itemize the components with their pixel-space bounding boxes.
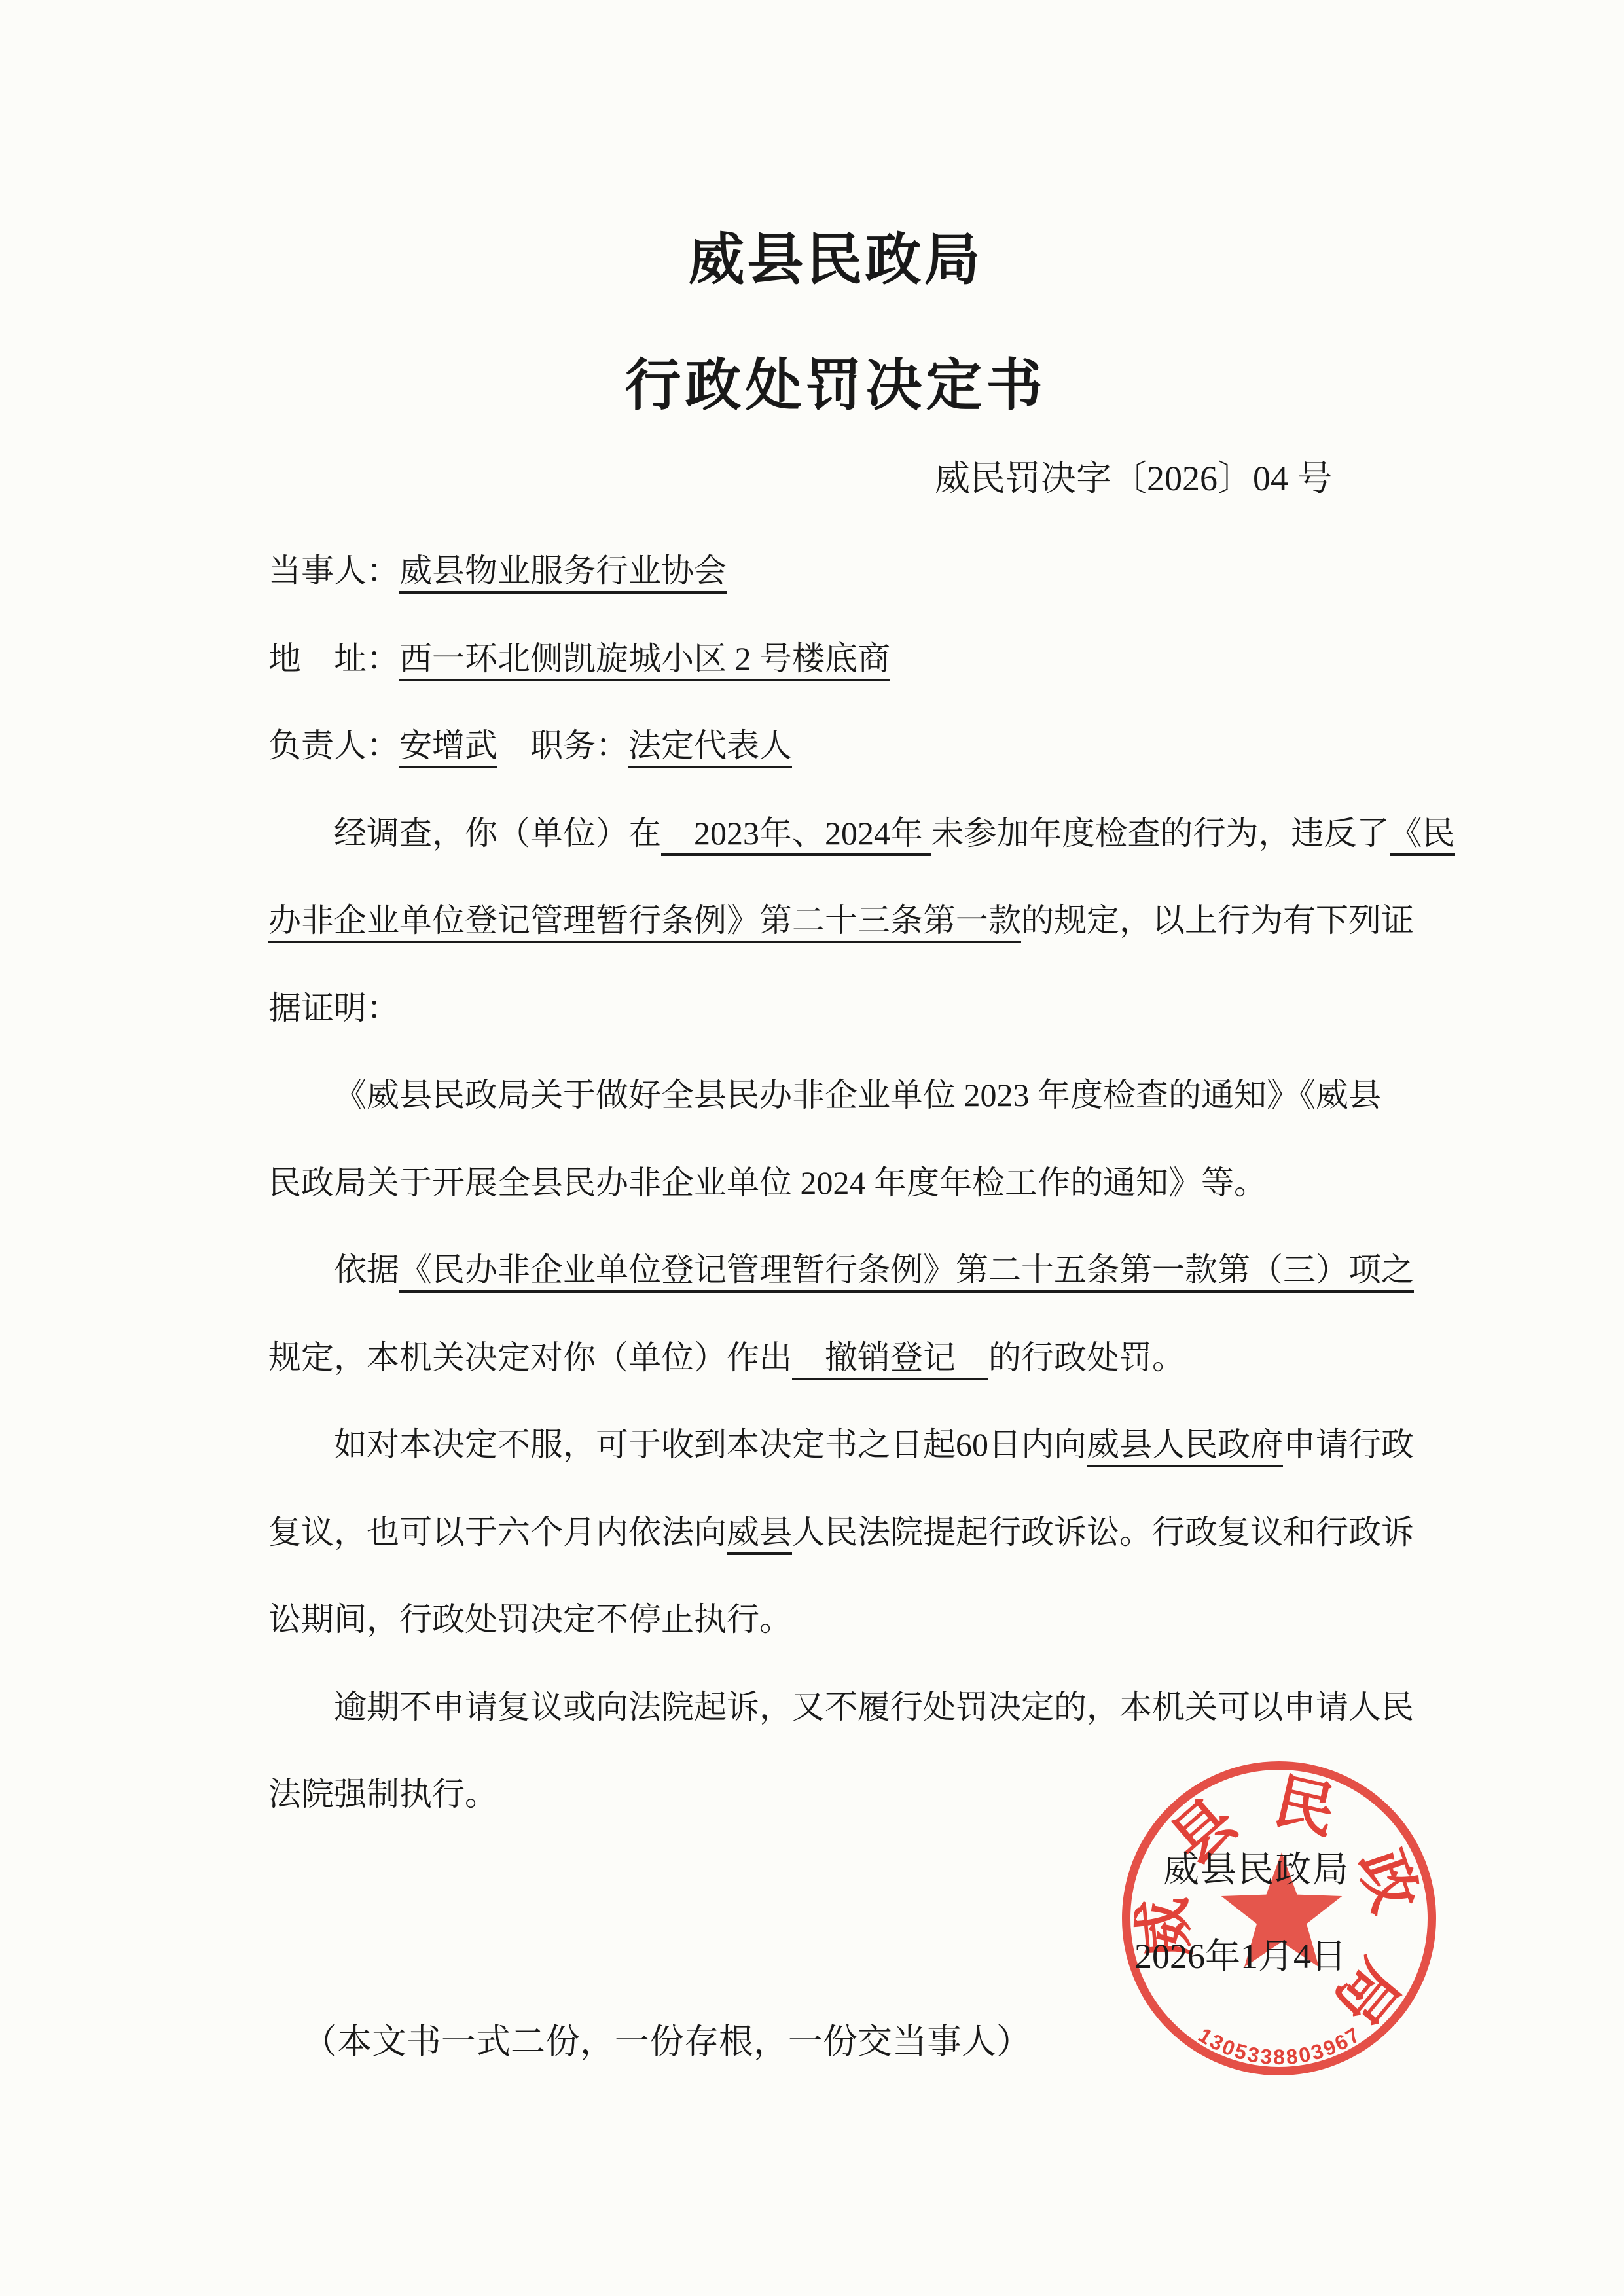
copies-footnote: （本文书一式二份，一份存根，一份交当事人） [302,2021,1031,2063]
body-line: 办非企业单位登记管理暂行条例》第二十三条第一款的规定，以上行为有下列证 [268,877,1434,965]
body-line: 规定，本机关决定对你（单位）作出 撤销登记 的行政处罚。 [268,1314,1434,1402]
body-line: 当事人：威县物业服务行业协会 [268,528,1434,615]
underlined-text: 《民办非企业单位登记管理暂行条例》第二十五条第一款第（三）项之 [399,1251,1414,1293]
body-line: 地 址：西一环北侧凯旋城小区 2 号楼底商 [268,615,1434,703]
text-run: 如对本决定不服，可于收到本决定书之日起60日内向 [334,1426,1087,1463]
text-run: 的规定，以上行为有下列证 [1021,902,1414,939]
text-run: 职务： [497,727,628,764]
text-run: 民政局关于开展全县民办非企业单位 2024 年度年检工作的通知》等。 [268,1164,1267,1201]
underlined-text: 办非企业单位登记管理暂行条例》第二十三条第一款 [268,902,1021,943]
body-line: 讼期间，行政处罚决定不停止执行。 [268,1576,1434,1664]
text-run: 的行政处罚。 [988,1339,1185,1376]
text-run: 人民法院提起行政诉讼。行政复议和行政诉 [792,1514,1414,1551]
body-line: 逾期不申请复议或向法院起诉，又不履行处罚决定的，本机关可以申请人民 [268,1664,1434,1751]
seal-serial-digit: 8 [1285,2045,1299,2068]
text-run: 负责人： [268,727,399,764]
text-run: 经调查，你（单位）在 [334,815,661,852]
body-line: 如对本决定不服，可于收到本决定书之日起60日内向威县人民政府申请行政 [268,1401,1434,1489]
document-number: 威民罚决字〔2026〕04 号 [935,457,1333,500]
body-line: 经调查，你（单位）在 2023年、2024年 未参加年度检查的行为，违反了《民 [268,790,1434,878]
penalty-decision-document: 威县民政局 行政处罚决定书 威民罚决字〔2026〕04 号 当事人：威县物业服务… [0,0,1624,2296]
text-run: 逾期不申请复议或向法院起诉，又不履行处罚决定的，本机关可以申请人民 [334,1689,1414,1725]
text-run: 未参加年度检查的行为，违反了 [931,815,1390,852]
text-run: 依据 [334,1251,399,1288]
body-line: 《威县民政局关于做好全县民办非企业单位 2023 年度检查的通知》《威县 [268,1052,1434,1139]
seal-serial-digit: 3 [1259,2045,1273,2068]
official-seal: 威县民政局 1305338803967 [1115,1755,1443,2082]
underlined-text: 安增武 [399,727,497,768]
underlined-text: 西一环北侧凯旋城小区 2 号楼底商 [399,640,890,681]
body-line: 据证明： [268,965,1434,1052]
underlined-text: 威县物业服务行业协会 [399,552,727,594]
text-run: 规定，本机关决定对你（单位）作出 [268,1339,792,1376]
body-line: 复议，也可以于六个月内依法向威县人民法院提起行政诉讼。行政复议和行政诉 [268,1489,1434,1577]
underlined-text: 威县 [727,1514,792,1555]
text-run: 法院强制执行。 [268,1776,497,1812]
page-title: 威县民政局 [24,229,1624,291]
signature-agency: 威县民政局 [1163,1848,1350,1892]
text-run: 讼期间，行政处罚决定不停止执行。 [268,1601,792,1638]
text-run: 《威县民政局关于做好全县民办非企业单位 2023 年度检查的通知》《威县 [334,1077,1381,1113]
seal-serial-digit: 8 [1273,2047,1285,2068]
body-line: 民政局关于开展全县民办非企业单位 2024 年度年检工作的通知》等。 [268,1139,1434,1227]
text-run: 地 址： [268,640,399,677]
body-line: 负责人：安增武 职务：法定代表人 [268,702,1434,790]
text-run: 据证明： [268,990,399,1026]
underlined-text: 法定代表人 [628,727,792,768]
text-run: 复议，也可以于六个月内依法向 [268,1514,727,1551]
text-run: 申请行政 [1283,1426,1414,1463]
underlined-text: 撤销登记 [792,1339,988,1380]
underlined-text: 《民 [1390,815,1455,856]
page-subtitle: 行政处罚决定书 [24,355,1624,417]
body-line: 依据《民办非企业单位登记管理暂行条例》第二十五条第一款第（三）项之 [268,1227,1434,1314]
body-text: 当事人：威县物业服务行业协会地 址：西一环北侧凯旋城小区 2 号楼底商负责人：安… [268,528,1434,1839]
signature-date: 2026年1月4日 [1134,1935,1346,1978]
underlined-text: 2023年、2024年 [661,815,931,856]
underlined-text: 威县人民政府 [1087,1426,1283,1467]
text-run: 当事人： [268,552,399,589]
